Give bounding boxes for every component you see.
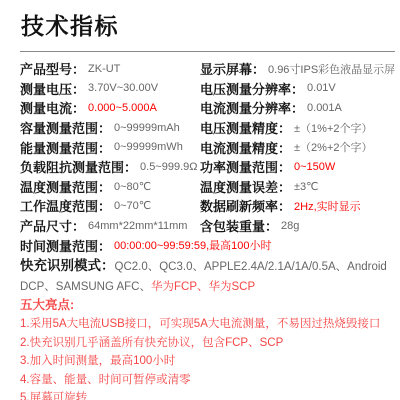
spec-row-power-range: 功率测量范围：0~150W xyxy=(200,157,396,177)
spec-label: 产品尺寸： xyxy=(20,216,85,235)
spec-label: 电流测量分辨率： xyxy=(200,98,304,117)
page-title: 技术指标 xyxy=(21,8,119,41)
spec-value: ±3℃ xyxy=(294,180,319,193)
spec-row-energy-range: 能量测量范围：0~99999mWh xyxy=(20,137,200,157)
spec-row-time-range: 时间测量范围：00:00:00~99:59:59,最高100小时 xyxy=(20,235,200,255)
spec-label: 电流测量精度： xyxy=(200,138,291,157)
spec-value: 0.96寸IPS彩色液晶显示屏 xyxy=(268,61,395,77)
spec-value: 0.01V xyxy=(307,82,336,94)
spec-value: 0.5~999.9Ω xyxy=(140,161,197,173)
spec-label: 负载阻抗测量范围： xyxy=(20,157,137,176)
spec-row-product-model: 产品型号：ZK-UT xyxy=(20,59,200,79)
spec-row-current-range: 测量电流：0.000~5.000A xyxy=(20,98,200,118)
highlight-item-5: 5.屏幕可旋转 xyxy=(20,389,390,400)
spec-label: 容量测量范围： xyxy=(20,118,111,137)
title-divider xyxy=(20,51,395,52)
spec-row-voltage-accuracy: 电压测量精度：±（1%+2个字） xyxy=(200,118,396,138)
spec-label: 能量测量范围： xyxy=(20,138,111,157)
spec-row-voltage-resolution: 电压测量分辨率：0.01V xyxy=(200,79,396,99)
spec-row-display-screen: 显示屏幕：0.96寸IPS彩色液晶显示屏 xyxy=(200,59,396,79)
spec-row-current-resolution: 电流测量分辨率：0.001A xyxy=(200,98,396,118)
spec-label: 时间测量范围： xyxy=(20,236,111,255)
highlight-item-2: 2.快充识别几乎涵盖所有快充协议，包含FCP、SCP xyxy=(20,334,390,353)
spec-label: 温度测量范围： xyxy=(20,177,111,196)
spec-label: 温度测量误差： xyxy=(200,177,291,196)
fast-charge-modes-row: 快充识别模式：QC2.0、QC3.0、APPLE2.4A/2.1A/1A/0.5… xyxy=(20,257,388,296)
spec-label: 功率测量范围： xyxy=(200,157,291,176)
spec-label: 电压测量精度： xyxy=(200,118,291,137)
spec-value: 3.70V~30.00V xyxy=(88,82,158,94)
spec-value: 0~99999mWh xyxy=(114,141,183,153)
spec-value: 28g xyxy=(281,220,299,232)
spec-column-left: 产品型号：ZK-UT 测量电压：3.70V~30.00V 测量电流：0.000~… xyxy=(20,59,200,255)
spec-row-packaged-weight: 含包装重量：28g xyxy=(200,216,396,236)
spec-value: 2Hz,实时显示 xyxy=(294,198,361,214)
spec-label: 含包装重量： xyxy=(200,216,278,235)
spec-label: 产品型号： xyxy=(20,59,85,78)
spec-value: 0.001A xyxy=(307,102,342,114)
spec-label: 测量电流： xyxy=(20,98,85,117)
spec-value: ±（2%+2个字） xyxy=(294,139,372,155)
spec-value: ±（1%+2个字） xyxy=(294,120,372,136)
spec-value: 0~80℃ xyxy=(114,180,151,193)
fast-charge-protocols-huawei: 华为FCP、华为SCP xyxy=(151,281,255,293)
spec-label: 电压测量分辨率： xyxy=(200,79,304,98)
spec-row-capacity-range: 容量测量范围：0~99999mAh xyxy=(20,118,200,138)
spec-value: 0.000~5.000A xyxy=(88,102,157,114)
highlight-item-3: 3.加入时间测量，最高100小时 xyxy=(20,352,390,371)
highlight-item-1: 1.采用5A大电流USB接口，可实现5A大电流测量，不易因过热烧毁接口 xyxy=(20,315,390,334)
spec-value: 0~150W xyxy=(294,161,335,173)
spec-value: 0~70℃ xyxy=(114,199,151,212)
spec-label: 测量电压： xyxy=(20,79,85,98)
spec-column-right: 显示屏幕：0.96寸IPS彩色液晶显示屏 电压测量分辨率：0.01V 电流测量分… xyxy=(200,59,396,235)
spec-row-refresh-rate: 数据刷新频率：2Hz,实时显示 xyxy=(200,196,396,216)
spec-row-product-size: 产品尺寸：64mm*22mm*11mm xyxy=(20,216,200,236)
spec-value: 0~99999mAh xyxy=(114,122,180,134)
highlights-heading: 五大亮点: xyxy=(20,296,390,315)
spec-row-temperature-range: 温度测量范围：0~80℃ xyxy=(20,177,200,197)
highlights-section: 五大亮点: 1.采用5A大电流USB接口，可实现5A大电流测量，不易因过热烧毁接… xyxy=(20,296,390,400)
fast-charge-label: 快充识别模式： xyxy=(20,258,115,273)
spec-label: 工作温度范围： xyxy=(20,196,111,215)
spec-value: 64mm*22mm*11mm xyxy=(88,220,187,232)
spec-row-current-accuracy: 电流测量精度：±（2%+2个字） xyxy=(200,137,396,157)
highlight-item-4: 4.容量、能量、时间可暂停或清零 xyxy=(20,371,390,390)
spec-row-working-temperature-range: 工作温度范围：0~70℃ xyxy=(20,196,200,216)
spec-row-voltage-range: 测量电压：3.70V~30.00V xyxy=(20,79,200,99)
spec-row-temperature-error: 温度测量误差：±3℃ xyxy=(200,177,396,197)
spec-label: 数据刷新频率： xyxy=(200,196,291,215)
spec-label: 显示屏幕： xyxy=(200,59,265,78)
spec-value: ZK-UT xyxy=(88,63,120,75)
spec-row-load-impedance-range: 负载阻抗测量范围：0.5~999.9Ω xyxy=(20,157,200,177)
spec-value: 00:00:00~99:59:59,最高100小时 xyxy=(114,237,271,253)
